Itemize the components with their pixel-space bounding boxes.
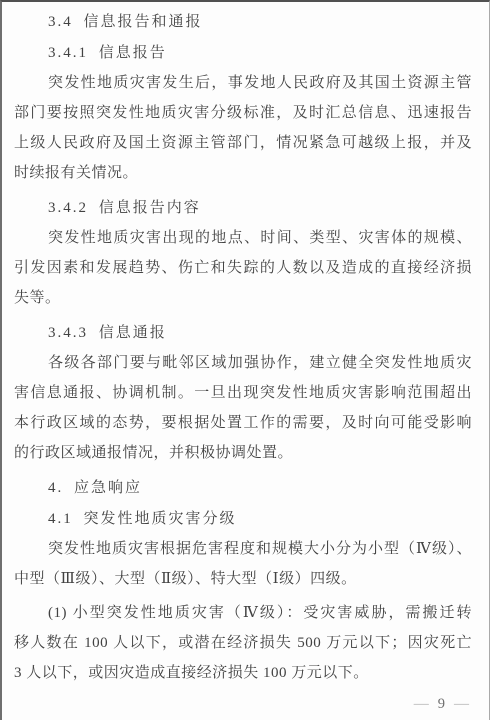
para-info-report-line-2: 部门要按照突发性地质灾害分级标准，及时汇总信息、迅速报告 bbox=[14, 98, 472, 128]
para-report-content-line-2: 引发因素和发展趋势、伤亡和失踪的人数以及造成的直接经济损 bbox=[14, 253, 472, 283]
document-body: 3.4 信息报告和通报3.4.1 信息报告突发性地质灾害发生后，事发地人民政府及… bbox=[14, 7, 472, 688]
section-heading-3-4-3: 3.4.3 信息通报 bbox=[14, 318, 472, 348]
footer-dash-left: — bbox=[414, 694, 429, 714]
footer-page-number: 9 bbox=[438, 694, 445, 714]
para-small-scale-disaster-line-2: 移人数在 100 人以下，或潜在经济损失 500 万元以下；因灾死亡 bbox=[14, 628, 472, 658]
para-disaster-grading-line-2: 中型（Ⅲ级）、大型（Ⅱ级）、特大型（Ⅰ级）四级。 bbox=[14, 564, 472, 594]
para-report-content-line-3: 失等。 bbox=[14, 283, 472, 313]
footer-dash-right: — bbox=[454, 694, 469, 714]
para-small-scale-disaster-line-1: (1) 小型突发性地质灾害（Ⅳ级）：受灾害威胁，需搬迁转 bbox=[14, 598, 472, 628]
para-info-notification-line-3: 本行政区域的态势，要根据处置工作的需要，及时向可能受影响 bbox=[14, 408, 472, 438]
para-info-report-line-1: 突发性地质灾害发生后，事发地人民政府及其国土资源主管 bbox=[14, 68, 472, 98]
document-page: 3.4 信息报告和通报3.4.1 信息报告突发性地质灾害发生后，事发地人民政府及… bbox=[0, 0, 490, 720]
para-info-report-line-4: 时续报有关情况。 bbox=[14, 158, 472, 188]
para-small-scale-disaster-line-3: 3 人以下，或因灾造成直接经济损失 100 万元以下。 bbox=[14, 658, 472, 688]
section-heading-4: 4. 应急响应 bbox=[14, 473, 472, 503]
page-number: — 9 — bbox=[414, 694, 469, 714]
para-info-notification-line-4: 的行政区域通报情况，并积极协调处置。 bbox=[14, 438, 472, 468]
section-heading-3-4-2: 3.4.2 信息报告内容 bbox=[14, 193, 472, 223]
section-heading-3-4: 3.4 信息报告和通报 bbox=[14, 7, 472, 37]
section-heading-3-4-1: 3.4.1 信息报告 bbox=[14, 38, 472, 68]
para-report-content-line-1: 突发性地质灾害出现的地点、时间、类型、灾害体的规模、 bbox=[14, 223, 472, 253]
para-info-report-line-3: 上级人民政府及国土资源主管部门，情况紧急可越级上报，并及 bbox=[14, 128, 472, 158]
para-info-notification-line-2: 害信息通报、协调机制。一旦出现突发性地质灾害影响范围超出 bbox=[14, 378, 472, 408]
para-info-notification-line-1: 各级各部门要与毗邻区域加强协作，建立健全突发性地质灾 bbox=[14, 348, 472, 378]
para-disaster-grading-line-1: 突发性地质灾害根据危害程度和规模大小分为小型（Ⅳ级）、 bbox=[14, 534, 472, 564]
section-heading-4-1: 4.1 突发性地质灾害分级 bbox=[14, 504, 472, 534]
